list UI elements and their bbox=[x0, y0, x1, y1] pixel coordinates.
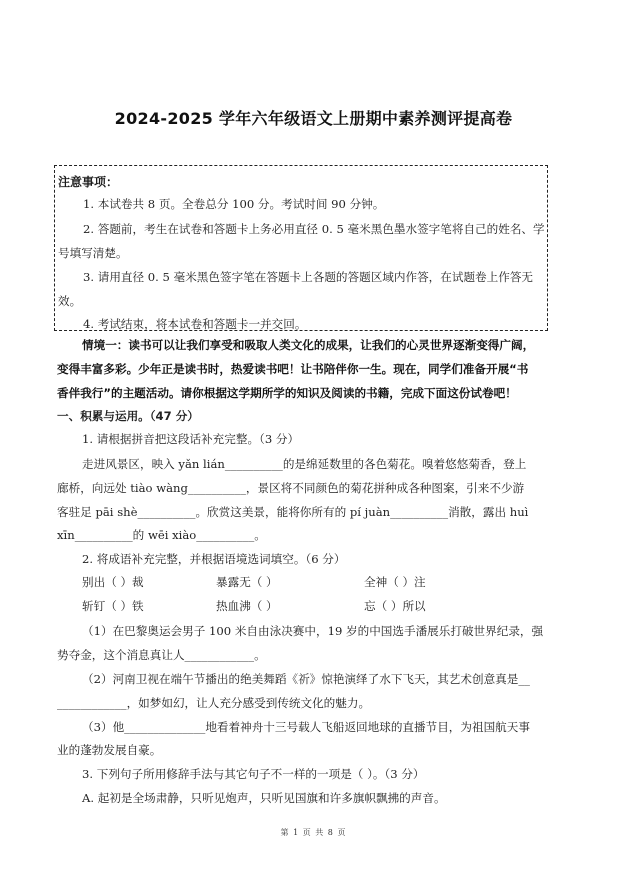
section-heading: 一、积累与运用。（47 分） bbox=[57, 409, 199, 423]
sub-question: （3）他______________地看着神舟十三号载人飞船返回地球的直播节目，… bbox=[82, 720, 530, 734]
question-line: 廊桥，向远处 tiào wàng__________，景区将不同颜色的菊花拼种成… bbox=[57, 481, 524, 495]
notice-box: 注意事项： 1. 本试卷共 8 页。全卷总分 100 分。考试时间 90 分钟。… bbox=[54, 165, 548, 331]
page-title: 2024-2025 学年六年级语文上册期中素养测评提高卷 bbox=[0, 106, 627, 129]
scenario-line: 变得丰富多彩。少年正是读书时，热爱读书吧！让书陪伴你一生。现在，同学们准备开展“… bbox=[57, 362, 528, 376]
question-prompt: 3. 下列句子所用修辞手法与其它句子不一样的一项是（ ）。（3 分） bbox=[82, 767, 425, 781]
idiom-item: 全神（ ）注 bbox=[364, 575, 426, 589]
sub-question: 势夺金，这个消息真让人____________。 bbox=[57, 648, 266, 662]
sub-question: （1）在巴黎奥运会男子 100 米自由泳决赛中，19 岁的中国选手潘展乐打破世界… bbox=[82, 624, 543, 638]
question-line: 走进风景区，映入 yǎn lián__________的是绵延数里的各色菊花。嗅… bbox=[82, 457, 526, 471]
idiom-item: 暴露无（ ） bbox=[216, 575, 278, 589]
idiom-item: 热血沸（ ） bbox=[216, 599, 278, 613]
notice-line: 号填写清楚。 bbox=[58, 246, 128, 260]
question-line: xīn__________的 wēi xiào__________。 bbox=[57, 528, 266, 542]
question-prompt: 2. 将成语补充完整，并根据语境选词填空。（6 分） bbox=[82, 552, 345, 566]
idiom-item: 别出（ ）裁 bbox=[82, 575, 144, 589]
scenario-line: 香伴我行”的主题活动。请你根据这学期所学的知识及阅读的书籍，完成下面这份试卷吧！ bbox=[57, 386, 517, 400]
question-prompt: 1. 请根据拼音把这段话补充完整。（3 分） bbox=[82, 432, 299, 446]
notice-line: 效。 bbox=[58, 294, 81, 308]
idiom-item: 斩钉（ ）铁 bbox=[82, 599, 144, 613]
question-line: 客驻足 pāi shè__________。欣赏这美景，能将你所有的 pí ju… bbox=[57, 505, 528, 519]
notice-line: 1. 本试卷共 8 页。全卷总分 100 分。考试时间 90 分钟。 bbox=[83, 197, 384, 211]
sub-question: ____________，如梦如幻，让人充分感受到传统文化的魅力。 bbox=[57, 696, 370, 710]
sub-question: 业的蓬勃发展自豪。 bbox=[57, 743, 161, 757]
page-footer: 第 1 页 共 8 页 bbox=[0, 827, 627, 838]
notice-heading: 注意事项： bbox=[58, 173, 118, 190]
option-a: A. 起初是全场肃静，只听见炮声，只听见国旗和许多旗帜飘拂的声音。 bbox=[82, 791, 446, 805]
scenario-line: 情境一：读书可以让我们享受和吸取人类文化的成果，让我们的心灵世界逐渐变得广阔， bbox=[82, 338, 534, 352]
notice-line: 2. 答题前，考生在试卷和答题卡上务必用直径 0. 5 毫米黑色墨水签字笔将自己… bbox=[83, 222, 545, 236]
notice-line: 4. 考试结束，将本试卷和答题卡一并交回。 bbox=[83, 317, 306, 331]
notice-line: 3. 请用直径 0. 5 毫米黑色签字笔在答题卡上各题的答题区域内作答，在试题卷… bbox=[83, 270, 533, 284]
idiom-item: 忘（ ）所以 bbox=[364, 599, 426, 613]
sub-question: （2）河南卫视在端午节播出的绝美舞蹈《祈》惊艳演绎了水下飞天，其艺术创意真是__ bbox=[82, 672, 530, 686]
